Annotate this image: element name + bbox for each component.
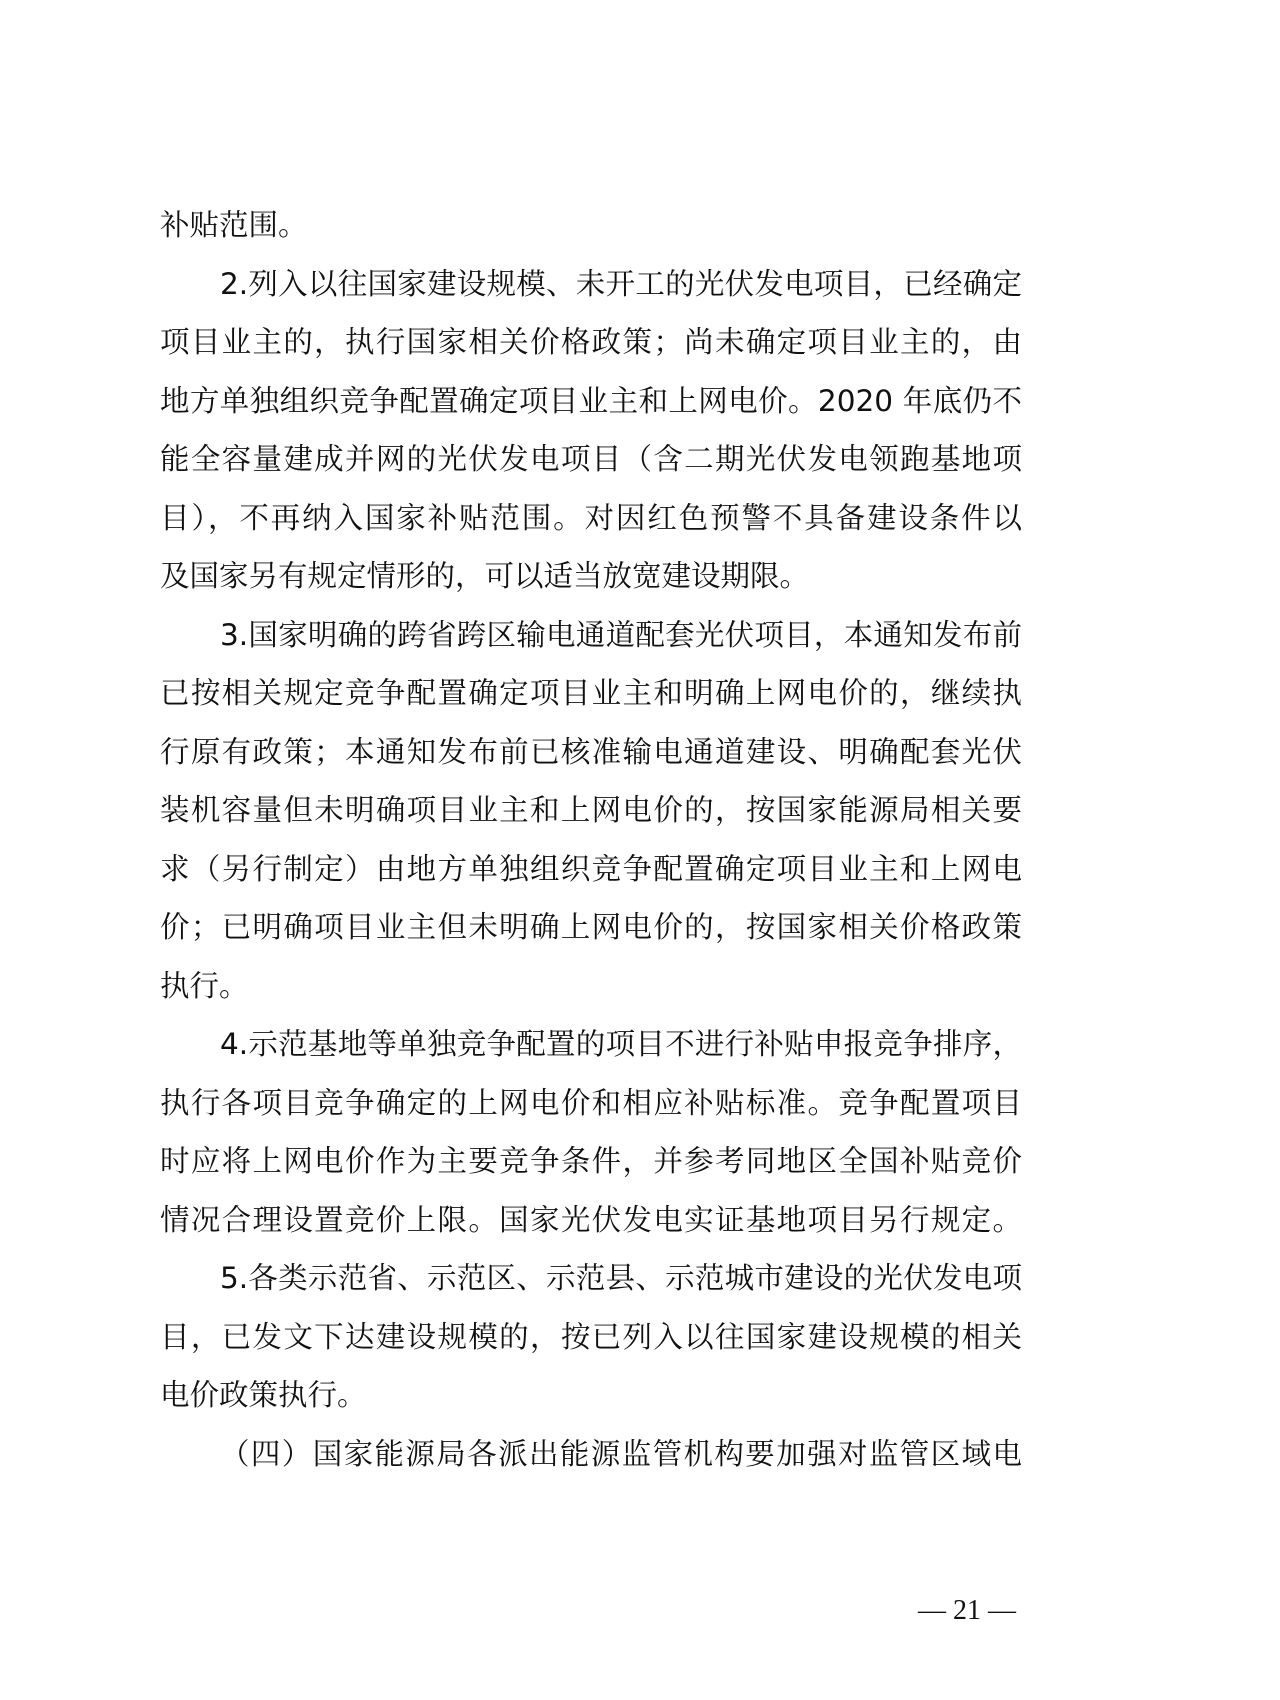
text-line: 电价政策执行。 [160, 1366, 367, 1424]
text-line: 执行各项目竞争确定的上网电价和相应补贴标准。竞争配置项目 [160, 1074, 1022, 1132]
text-line: 能全容量建成并网的光伏发电项目（含二期光伏发电领跑基地项 [160, 430, 1022, 488]
text-line: 目），不再纳入国家补贴范围。对因红色预警不具备建设条件以 [160, 489, 1022, 547]
text-line: 及国家另有规定情形的，可以适当放宽建设期限。 [160, 547, 809, 605]
text-line: 装机容量但未明确项目业主和上网电价的，按国家能源局相关要 [160, 781, 1022, 839]
text-line: 目，已发文下达建设规模的，按已列入以往国家建设规模的相关 [160, 1308, 1022, 1366]
page-number: — 21 — [900, 1595, 1016, 1627]
text-line: 行原有政策；本通知发布前已核准输电通道建设、明确配套光伏 [160, 723, 1022, 781]
text-line: （四）国家能源局各派出能源监管机构要加强对监管区域电 [220, 1425, 1022, 1483]
text-line: 地方单独组织竞争配置确定项目业主和上网电价。2020 年底仍不 [160, 372, 1022, 430]
text-line: 已按相关规定竞争配置确定项目业主和明确上网电价的，继续执 [160, 664, 1022, 722]
document-page: 补贴范围。 2.列入以往国家建设规模、未开工的光伏发电项目，已经确定 项目业主的… [0, 0, 1280, 1700]
text-line: 补贴范围。 [160, 196, 308, 254]
text-line: 4.示范基地等单独竞争配置的项目不进行补贴申报竞争排序， [220, 1015, 1022, 1073]
text-line: 5.各类示范省、示范区、示范县、示范城市建设的光伏发电项 [220, 1249, 1022, 1307]
text-line: 时应将上网电价作为主要竞争条件，并参考同地区全国补贴竞价 [160, 1132, 1022, 1190]
text-line: 3.国家明确的跨省跨区输电通道配套光伏项目，本通知发布前 [220, 606, 1022, 664]
text-line: 求（另行制定）由地方单独组织竞争配置确定项目业主和上网电 [160, 840, 1022, 898]
text-line: 2.列入以往国家建设规模、未开工的光伏发电项目，已经确定 [220, 255, 1022, 313]
text-line: 价；已明确项目业主但未明确上网电价的，按国家相关价格政策 [160, 898, 1022, 956]
text-line: 项目业主的，执行国家相关价格政策；尚未确定项目业主的，由 [160, 313, 1022, 371]
text-line: 情况合理设置竞价上限。国家光伏发电实证基地项目另行规定。 [160, 1191, 1022, 1249]
text-line: 执行。 [160, 957, 249, 1015]
